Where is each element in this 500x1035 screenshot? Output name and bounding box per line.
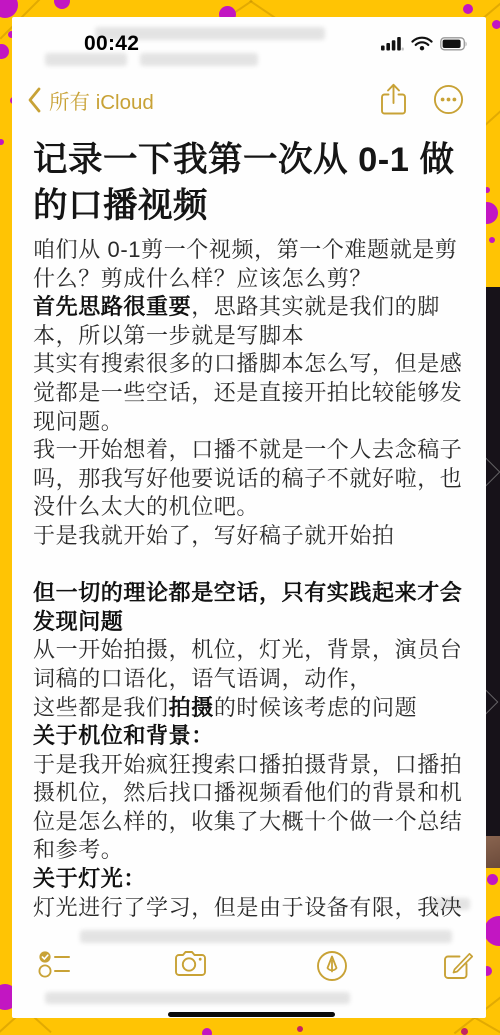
nav-bar: 所有 iCloud — [12, 83, 486, 123]
compose-button[interactable] — [442, 950, 474, 982]
share-button[interactable] — [380, 83, 407, 116]
status-time: 00:42 — [84, 32, 139, 56]
note-paragraph: 关于机位和背景： — [33, 722, 470, 751]
note-paragraph: 于是我开始疯狂搜索口播拍摄背景，口播拍摄机位，然后找口播视频看他们的背景和机位是… — [33, 751, 470, 865]
decor-dot — [492, 20, 500, 29]
note-text-segment: 于是我开始疯狂搜索口播拍摄背景，口播拍摄机位，然后找口播视频看他们的背景和机位是… — [33, 752, 462, 863]
wifi-icon — [411, 36, 433, 51]
note-paragraph: 但一切的理论都是空话，只有实践起来才会发现问题 — [33, 579, 470, 636]
note-paragraph-spacer — [33, 551, 470, 580]
note-text-segment: 关于机位和背景： — [33, 723, 214, 748]
note-text-segment: 但一切的理论都是空话，只有实践起来才会发现问题 — [33, 580, 462, 634]
note-paragraph: 其实有搜索很多的口播脚本怎么写，但是感觉都是一些空话，还是直接开拍比较能够发现问… — [33, 350, 470, 436]
note-text-segment: 的时候该考虑的问题 — [214, 695, 417, 720]
note-text-segment: 从一开始拍摄，机位，灯光，背景，演员台词稿的口语化，语气语调，动作， — [33, 637, 462, 691]
notes-app-screen: 00:42 — [12, 17, 486, 1018]
note-text-segment: 咱们从 0-1剪一个视频，第一个难题就是剪什么？剪成什么样？应该怎么剪？ — [33, 237, 458, 291]
note-paragraph: 我一开始想着，口播不就是一个人去念稿子吗，那我写好他要说话的稿子不就好啦，也没什… — [33, 436, 470, 522]
note-text-segment: 我一开始想着，口播不就是一个人去念稿子吗，那我写好他要说话的稿子不就好啦，也没什… — [33, 437, 462, 519]
note-paragraph: 这些都是我们拍摄的时候该考虑的问题 — [33, 694, 470, 723]
checklist-button[interactable] — [38, 950, 72, 978]
note-text-segment: 灯光进行了学习，但是由于设备有限，我决 — [33, 895, 462, 920]
note-text-segment: 于是我就开始了，写好稿子就开始拍 — [33, 523, 395, 548]
note-paragraph: 于是我就开始了，写好稿子就开始拍 — [33, 522, 470, 551]
decor-dot — [463, 4, 473, 14]
home-indicator[interactable] — [168, 1012, 335, 1017]
note-paragraph: 灯光进行了学习，但是由于设备有限，我决 — [33, 894, 470, 923]
decor-dot — [489, 237, 495, 243]
chevron-left-icon — [28, 87, 41, 113]
note-text-segment: 拍摄 — [169, 695, 214, 720]
more-options-button[interactable] — [433, 84, 464, 115]
camera-button[interactable] — [174, 950, 207, 977]
decor-dot — [461, 1028, 468, 1035]
note-paragraph: 关于灯光： — [33, 865, 470, 894]
back-button[interactable]: 所有 iCloud — [28, 85, 154, 115]
decor-dot — [54, 0, 70, 9]
note-body: 咱们从 0-1剪一个视频，第一个难题就是剪什么？剪成什么样？应该怎么剪？首先思路… — [33, 236, 470, 922]
note-title: 记录一下我第一次从 0-1 做的口播视频 — [33, 137, 470, 229]
markup-pen-button[interactable] — [316, 950, 348, 982]
note-paragraph: 首先思路很重要，思路其实就是我们的脚本，所以第一步就是写脚本 — [33, 293, 470, 350]
decor-dot — [0, 139, 4, 145]
note-text-segment: 关于灯光： — [33, 866, 146, 891]
note-paragraph: 咱们从 0-1剪一个视频，第一个难题就是剪什么？剪成什么样？应该怎么剪？ — [33, 236, 470, 293]
decor-dot — [297, 1026, 303, 1032]
decor-dot — [487, 874, 498, 885]
decor-dot — [0, 0, 18, 18]
bottom-toolbar — [12, 942, 486, 1018]
status-icons — [381, 36, 468, 51]
note-text-segment: 首先思路很重要 — [33, 294, 191, 319]
note-text-segment: 这些都是我们 — [33, 695, 169, 720]
decor-dot — [0, 44, 9, 59]
note-text-segment: 其实有搜索很多的口播脚本怎么写，但是感觉都是一些空话，还是直接开拍比较能够发现问… — [33, 351, 462, 433]
cellular-signal-icon — [381, 36, 404, 51]
note-editor[interactable]: 记录一下我第一次从 0-1 做的口播视频 咱们从 0-1剪一个视频，第一个难题就… — [33, 137, 470, 922]
ghost-watermark — [140, 53, 258, 66]
note-paragraph: 从一开始拍摄，机位，灯光，背景，演员台词稿的口语化，语气语调，动作， — [33, 636, 470, 693]
decor-dot — [484, 916, 500, 946]
back-button-label: 所有 iCloud — [49, 85, 154, 115]
battery-icon — [440, 37, 468, 51]
decor-dot — [202, 1028, 212, 1035]
